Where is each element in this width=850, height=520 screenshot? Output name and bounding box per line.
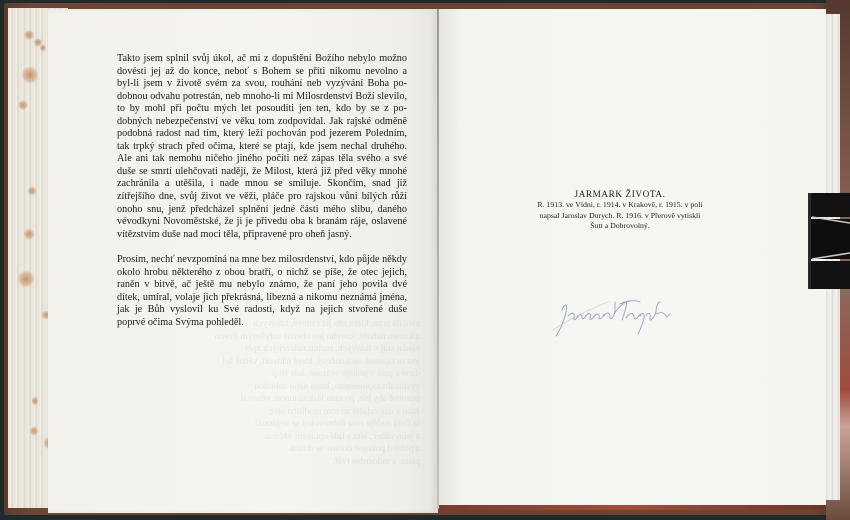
colophon-line: Šutt a Dobrovolný.	[500, 221, 740, 232]
text-line: to by mohl při počtu mých let posouditi …	[117, 103, 407, 116]
foxing-spot	[32, 396, 38, 406]
text-line: podobná radost nad tím, který leží pocho…	[117, 128, 407, 141]
text-line: dobných nebezpečenství ve věku tom zodpo…	[117, 116, 407, 129]
foxing-spot	[28, 186, 36, 196]
text-line: zachránila a utěšila, i nade mnou se smi…	[117, 178, 407, 191]
colophon: JARMARK ŽIVOTA. R. 1913. ve Vídni, r. 19…	[500, 188, 740, 232]
text-line: dobnou odvahu potrestán, neb mnoho-li mi…	[117, 91, 407, 104]
book-gutter	[437, 9, 439, 509]
text-line: okolo hrobu některého z obou bratří, o n…	[117, 267, 407, 280]
binder-clip	[808, 193, 850, 289]
text-line: jak je Bůh vyslovil ku Své radosti, když…	[117, 304, 407, 317]
text-line: byl-li jsem v životě svém za svou, rouhá…	[117, 78, 407, 91]
foxing-spot	[22, 66, 38, 84]
text-line: dovésti jej až do konce, neboť s Bohem s…	[117, 66, 407, 79]
show-through-text: zvolala arun, která zde jiz cenové, tako…	[200, 318, 420, 468]
text-line: Ale ani tak nemohu ničeho jiného počíti …	[117, 153, 407, 166]
colophon-title: JARMARK ŽIVOTA.	[500, 188, 740, 200]
text-line: vévodkyni Novoměstské, že ji je přivedu …	[117, 216, 407, 229]
foxing-spot	[18, 100, 28, 110]
body-text: Takto jsem splnil svůj úkol, ač mi z dop…	[117, 53, 407, 329]
paragraph-1: Takto jsem splnil svůj úkol, ač mi z dop…	[117, 53, 407, 241]
text-line: raněn v bitvě, ač ještě mu nebylo známo,…	[117, 279, 407, 292]
foxing-spot	[24, 228, 34, 240]
foxing-spot	[24, 30, 34, 40]
text-line: onoho snu, jenž předcházel splnění jedné…	[117, 204, 407, 217]
text-line: duše se smrtí ulehčovati nadějí, že Milo…	[117, 166, 407, 179]
colophon-line: R. 1913. ve Vídni, r. 1914. v Krakově, r…	[500, 200, 740, 211]
foxing-spot	[30, 426, 38, 436]
text-line: Takto jsem splnil svůj úkol, ač mi z dop…	[117, 53, 407, 66]
text-line: zítřejšího dne, svůj život ve věži, pláč…	[117, 191, 407, 204]
paragraph-spacer	[117, 241, 407, 254]
text-line: dítek, umíral, volaje jich překrásná, lí…	[117, 292, 407, 305]
text-line: poprvé očima Svýma pohleděl.	[117, 317, 407, 330]
colophon-line: napsal Jaroslav Durych. R. 1916. v Přero…	[500, 211, 740, 222]
text-line: Prosím, nechť nevzpomíná na mne bez milo…	[117, 254, 407, 267]
paragraph-2: Prosím, nechť nevzpomíná na mne bez milo…	[117, 254, 407, 329]
book-photo: zvolala arun, která zde jiz cenové, tako…	[0, 0, 850, 520]
author-signature: Jaroslav Durych	[548, 290, 698, 340]
right-page	[438, 9, 826, 505]
foxing-spot	[40, 44, 46, 52]
foxing-spot	[18, 270, 34, 288]
text-line: tak trpký strach před očima, které se pt…	[117, 141, 407, 154]
text-line: vítězstvím duše nad moci těla, připraven…	[117, 229, 407, 242]
